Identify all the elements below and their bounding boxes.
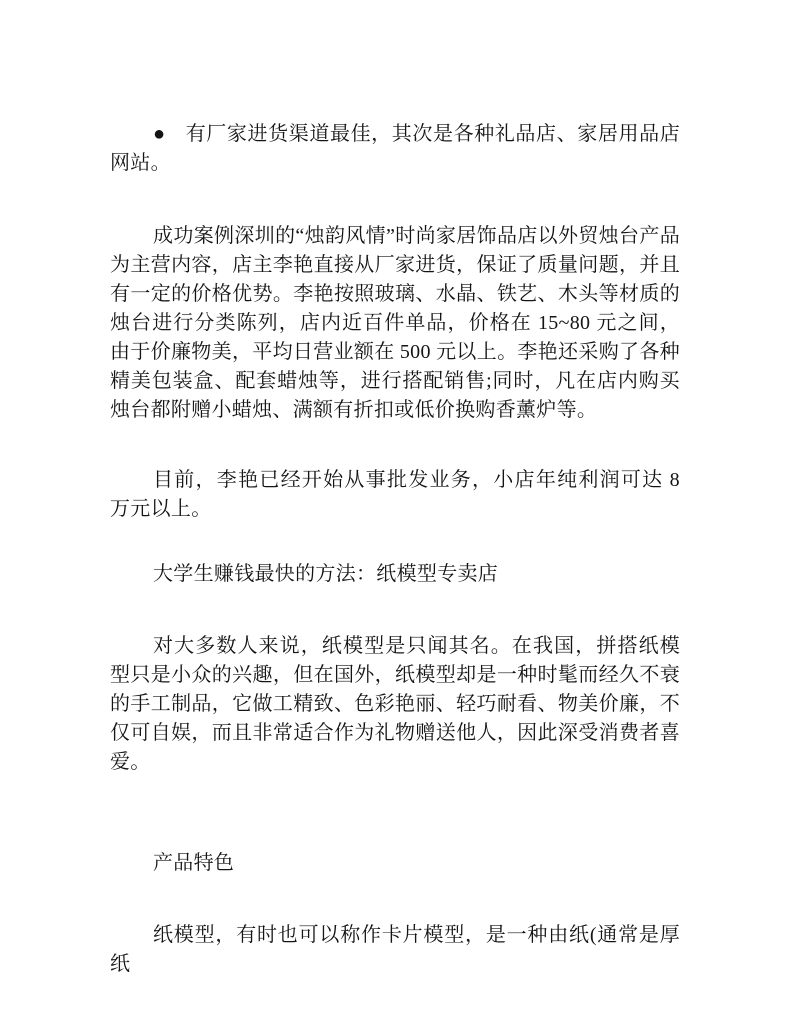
paragraph-success-case: 成功案例深圳的“烛韵风情”时尚家居饰品店以外贸烛台产品为主营内容，店主李艳直接从… bbox=[110, 222, 680, 425]
paragraph-paper-model-intro: 对大多数人来说，纸模型是只闻其名。在我国，拼搭纸模型只是小众的兴趣，但在国外，纸… bbox=[110, 632, 680, 777]
paragraph-paper-model-definition: 纸模型，有时也可以称作卡片模型，是一种由纸(通常是厚纸 bbox=[110, 921, 680, 979]
subtitle-paper-model-shop: 大学生赚钱最快的方法：纸模型专卖店 bbox=[110, 560, 680, 589]
subtitle-product-features: 产品特色 bbox=[110, 849, 680, 878]
paragraph-profit: 目前，李艳已经开始从事批发业务，小店年纯利润可达 8 万元以上。 bbox=[110, 466, 680, 524]
bullet-paragraph-supply-channels: ●有厂家进货渠道最佳，其次是各种礼品店、家居用品店网站。 bbox=[110, 120, 680, 178]
bullet-icon: ● bbox=[153, 120, 165, 149]
document-page: ●有厂家进货渠道最佳，其次是各种礼品店、家居用品店网站。 成功案例深圳的“烛韵风… bbox=[0, 0, 792, 1025]
bullet-paragraph-text: 有厂家进货渠道最佳，其次是各种礼品店、家居用品店网站。 bbox=[110, 123, 680, 174]
